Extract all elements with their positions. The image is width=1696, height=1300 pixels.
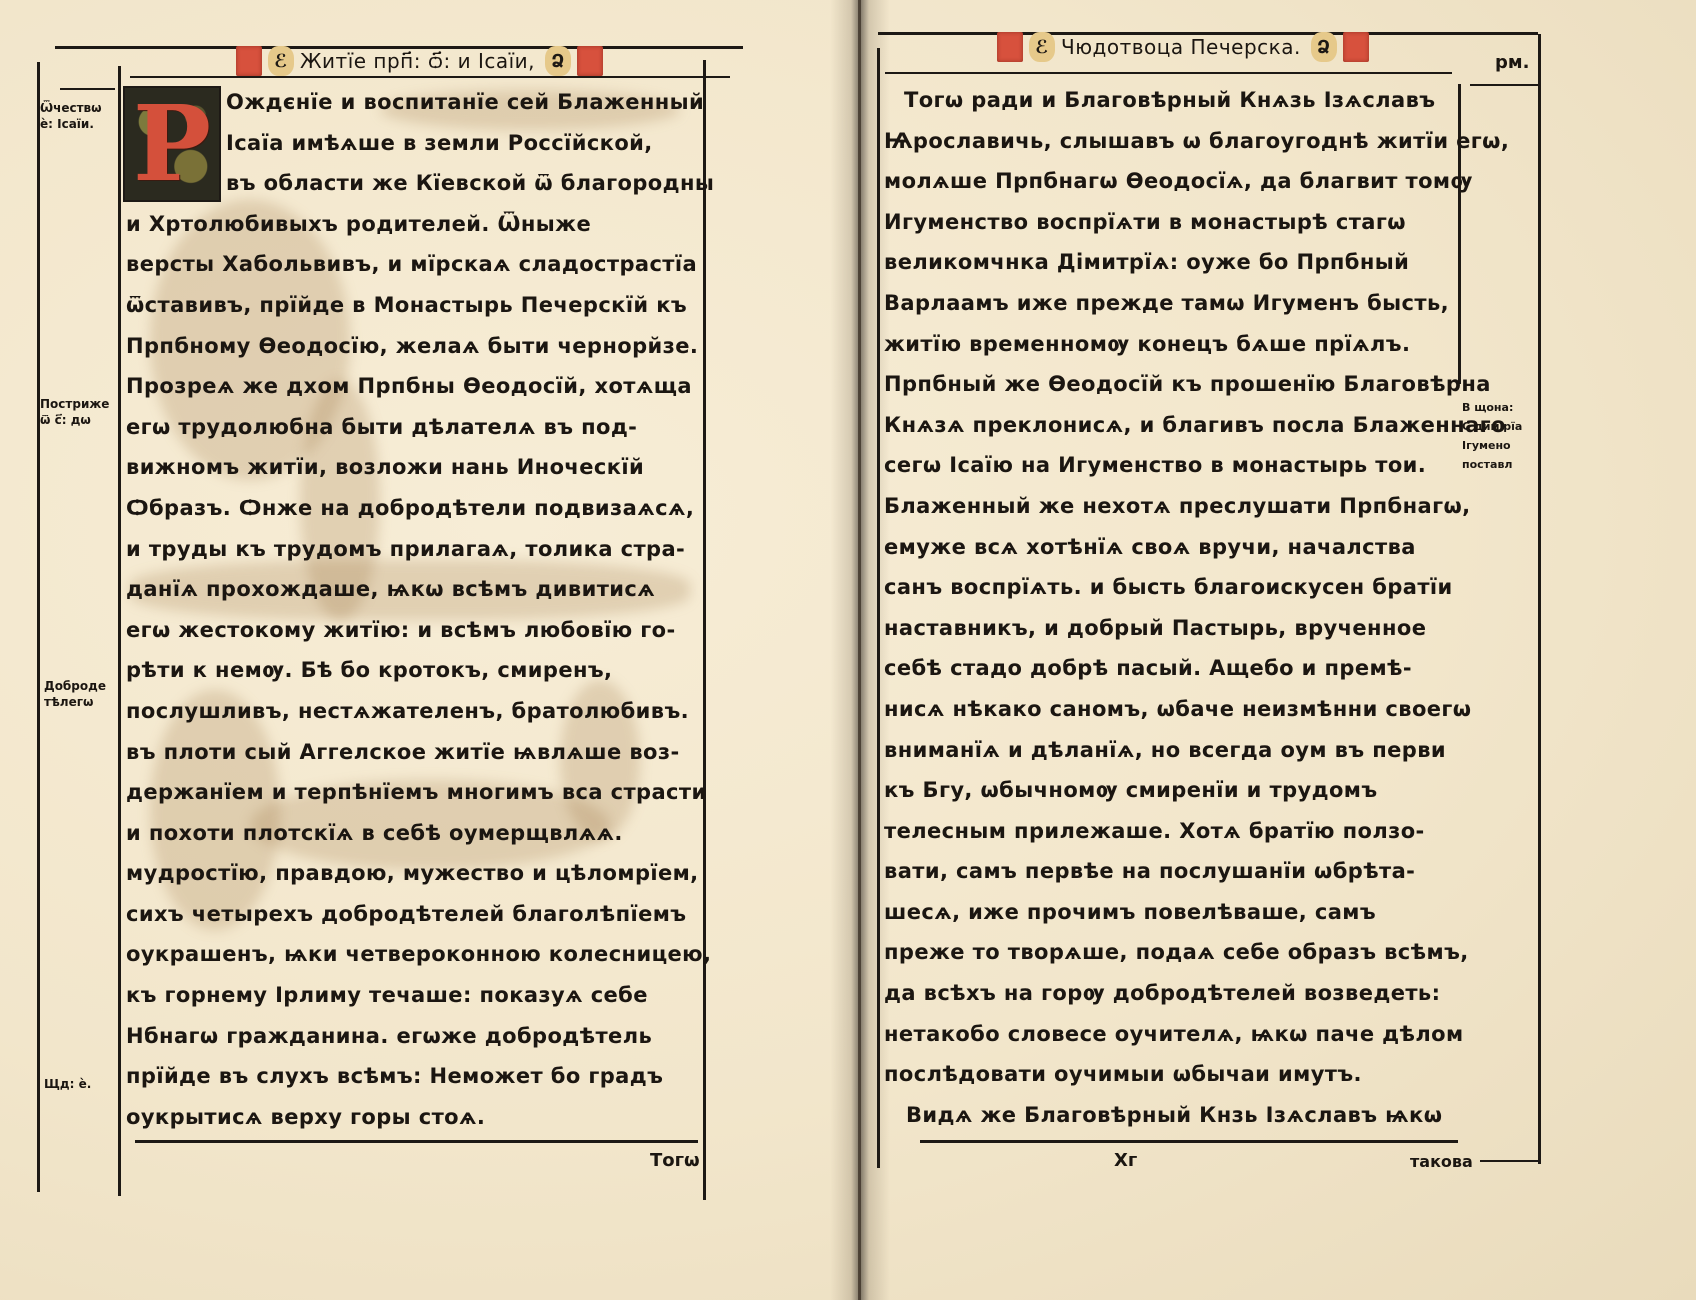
left-text-column: Ождєнїе и воспитанїе сей Блаженный Ісаїа… [126,82,696,1137]
gold-ornament-icon: ℰ [1029,32,1055,62]
text-line: Прозреѧ же дхом Прпбны Ѳеодосїй, хотѧща [126,366,696,407]
text-line: къ Бгу, ѡбычномѹ смиренїи и трудомъ [884,770,1454,811]
text-line: вати, самъ первѣе на послушанїи ѡбрѣта- [884,851,1454,892]
text-line: телесным прилежаше. Хотѧ братїю ползо- [884,811,1454,852]
text-line: санъ воспрїѧть. и бысть благоискусен бра… [884,567,1454,608]
running-head-title: Житїе прп҃: ѻ҃: и Ісаїи, [300,49,535,73]
outer-frame-right [1538,34,1541,1164]
margin-top-rule [1470,84,1540,86]
text-line: прїйде въ слухъ всѣмъ: Неможет бо градъ [126,1056,696,1097]
folio-number: рм. [1495,52,1529,73]
red-ornament-icon [577,46,603,76]
text-line: великомчнка Дімитрїѧ: оуже бо Прпбный [884,242,1454,283]
text-line: въ области же Кїевской ѿ благородны [126,163,696,204]
outer-frame-left [37,62,40,1192]
text-line: наставникъ, и добрый Пастырь, врученное [884,608,1454,649]
red-ornament-icon [1343,32,1369,62]
text-line: молѧше Прпбнагѡ Ѳеодосїѧ, да благвит том… [884,161,1454,202]
footer-mark [1480,1160,1538,1162]
text-line: къ горнему Ірлиму течаше: показуѧ себе [126,975,696,1016]
text-line: себѣ стадо добрѣ пасый. Ащебо и премѣ- [884,648,1454,689]
text-line: Нбнагѡ гражданина. егѡже добродѣтель [126,1016,696,1057]
text-line: вижномъ житїи, возложи нань Иноческїй [126,447,696,488]
text-line: оукрашенъ, ѩки четвероконною колесницею, [126,934,696,975]
margin-note: Постриже ѿ с҃: дѡ [40,396,109,428]
text-line: преже то творѧше, подаѧ себе образъ всѣм… [884,932,1454,973]
margin-note: Ѿчествѡ ѐ: Ісаїи. [40,100,102,132]
text-line: Ѻбразъ. Ѻнже на добродѣтели подвизаѧсѧ, [126,488,696,529]
spine-crease [858,0,861,1300]
text-line: версты Хабольвивъ, и мїрскаѧ сладостраст… [126,244,696,285]
running-head: ℰ Чюдотвоца Печерска. Ձ [997,32,1369,62]
catchword: Тогѡ [650,1150,700,1171]
running-head-title: Чюдотвоца Печерска. [1061,35,1301,59]
book-spread: ℰ Житїе прп҃: ѻ҃: и Ісаїи, Ձ Р Ѿчествѡ ѐ… [0,0,1696,1300]
text-line: и труды къ трудомъ прилагаѧ, толика стра… [126,529,696,570]
right-page: ℰ Чюдотвоца Печерска. Ձ рм. В щона: С ди… [890,0,1696,1300]
text-line: ѿставивъ, прїйде в Монастырь Печерскїй к… [126,285,696,326]
text-line: нетакобо словесе оучителѧ, ѩкѡ паче дѣло… [884,1014,1454,1055]
text-line: мудростїю, правдою, мужество и цѣломрїем… [126,853,696,894]
text-line: въ плоти сый Аггелское житїе ѩвлѧше воз- [126,732,696,773]
text-line: егѡ трудолюбна быти дѣлателѧ въ под- [126,407,696,448]
text-line: Варлаамъ иже прежде тамѡ Игуменъ бысть, [884,283,1454,324]
margin-top-rule [60,88,115,90]
running-head: ℰ Житїе прп҃: ѻ҃: и Ісаїи, Ձ [236,46,603,76]
catchword: такова [1410,1152,1473,1171]
text-line: сихъ четырехъ добродѣтелей благолѣпїемъ [126,894,696,935]
signature-mark: Хг [1114,1150,1137,1171]
gold-ornament-icon: Ձ [1311,32,1337,62]
text-line: Ісаїа имѣѧше в земли Россїйской, [126,123,696,164]
text-line: да всѣхъ на горѹ добродѣтелей возведеть: [884,973,1454,1014]
text-line: емуже всѧ хотѣнїѧ своѧ вручи, началства [884,527,1454,568]
text-line: послушливъ, нестѧжателенъ, братолюбивъ. [126,691,696,732]
left-page: ℰ Житїе прп҃: ѻ҃: и Ісаїи, Ձ Р Ѿчествѡ ѐ… [0,0,830,1300]
header-bottom-rule [130,76,730,78]
margin-divider [118,66,121,1196]
text-line: Игуменство воспрїѧти в монастырѣ стагѡ [884,202,1454,243]
header-bottom-rule [885,72,1452,74]
red-ornament-icon [236,46,262,76]
text-line: нисѧ нѣкако саномъ, ѡбаче неизмѣнни свое… [884,689,1454,730]
right-text-column: Тогѡ ради и Благовѣрный Кнѧзь Ізѧславъ Ѩ… [884,80,1454,1135]
text-line: и похоти плотскїѧ в себѣ оумерщвлѧѧ. [126,813,696,854]
text-line: вниманїѧ и дѣланїѧ, но всегда оум въ пер… [884,730,1454,771]
text-line: Ождєнїе и воспитанїе сей Блаженный [126,82,696,123]
text-line: рѣти к немѹ. Бѣ бо кротокъ, смиренъ, [126,650,696,691]
text-line: послѣдовати оучимыи ѡбычаи имутъ. [884,1054,1454,1095]
text-line: житїю временномѹ конецъ бѧше прїѧлъ. [884,324,1454,365]
footer-rule [135,1140,698,1143]
gold-ornament-icon: Ձ [545,46,571,76]
text-line: данїѧ прохождаше, ѩкѡ всѣмъ дивитисѧ [126,569,696,610]
text-line: Кнѧзѧ преклонисѧ, и благивъ посла Блажен… [884,405,1454,446]
text-line: и Хртолюбивыхъ родителей. Ѿныже [126,204,696,245]
gold-ornament-icon: ℰ [268,46,294,76]
text-line: Видѧ же Благовѣрный Кнзь Ізѧславъ ѩкѡ [884,1095,1454,1136]
red-ornament-icon [997,32,1023,62]
outer-frame-left [877,48,880,1168]
text-line: шесѧ, иже прочимъ повелѣваше, самъ [884,892,1454,933]
text-line: Блаженный же нехотѧ преслушати Прпбнагѡ, [884,486,1454,527]
text-line: Тогѡ ради и Благовѣрный Кнѧзь Ізѧславъ [884,80,1454,121]
text-line: оукрытисѧ верху горы стоѧ. [126,1097,696,1138]
footer-rule [920,1140,1458,1143]
margin-note: Щд: ѐ. [44,1076,91,1092]
text-line: Прпбный же Ѳеодосїй къ прошенїю Благовѣр… [884,364,1454,405]
text-line: егѡ жестокому житїю: и всѣмъ любовїю го- [126,610,696,651]
text-line: держанїем и терпѣнїемъ многимъ вса страс… [126,772,696,813]
outer-frame-right [703,60,706,1200]
text-line: Прпбному Ѳеодосїю, желаѧ быти чернорйзе. [126,326,696,367]
text-line: Ѩрославичь, слышавъ ѡ благоугоднѣ житїи … [884,121,1454,162]
margin-note: Доброде тѣлегѡ [44,678,106,710]
text-line: сегѡ Ісаїю на Игуменство в монастырь тои… [884,445,1454,486]
